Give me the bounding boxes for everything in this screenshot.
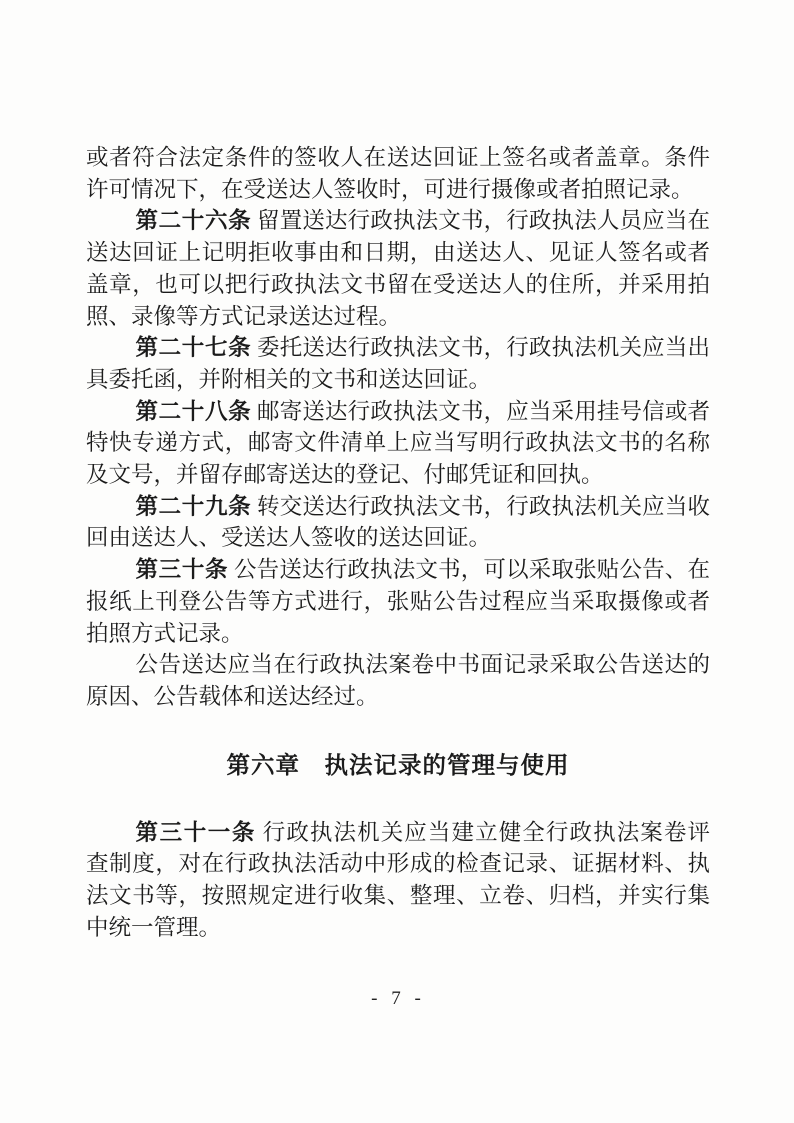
article-number-label: 第二十六条 bbox=[136, 208, 252, 233]
article-number-label: 第二十七条 bbox=[136, 335, 252, 360]
text-line: 报纸上刊登公告等方式进行，张贴公告过程应当采取摄像或者 bbox=[86, 586, 710, 618]
text-line: 第二十六条 留置送达行政执法文书，行政执法人员应当在 bbox=[86, 205, 710, 237]
text-line: 查制度，对在行政执法活动中形成的检查记录、证据材料、执 bbox=[86, 848, 710, 880]
text-line: 特快专递方式，邮寄文件清单上应当写明行政执法文书的名称 bbox=[86, 427, 710, 459]
text-line: 具委托函，并附相关的文书和送达回证。 bbox=[86, 364, 710, 396]
chapter-heading: 第六章 执法记录的管理与使用 bbox=[86, 749, 710, 781]
text-line: 第二十七条 委托送达行政执法文书，行政执法机关应当出 bbox=[86, 332, 710, 364]
article-number-label: 第二十八条 bbox=[136, 399, 252, 424]
document-page: 或者符合法定条件的签收人在送达回证上签名或者盖章。条件许可情况下，在受送达人签收… bbox=[0, 0, 794, 1123]
text-line: 拍照方式记录。 bbox=[86, 618, 710, 650]
text-line: 送达回证上记明拒收事由和日期，由送达人、见证人签名或者 bbox=[86, 237, 710, 269]
text-line: 及文号，并留存邮寄送达的登记、付邮凭证和回执。 bbox=[86, 459, 710, 491]
text-line: 第二十八条 邮寄送达行政执法文书，应当采用挂号信或者 bbox=[86, 396, 710, 428]
text-line: 第三十一条 行政执法机关应当建立健全行政执法案卷评 bbox=[86, 817, 710, 849]
text-line: 第二十九条 转交送达行政执法文书，行政执法机关应当收 bbox=[86, 491, 710, 523]
text-line: 回由送达人、受送达人签收的送达回证。 bbox=[86, 522, 710, 554]
text-line: 盖章，也可以把行政执法文书留在受送达人的住所，并采用拍 bbox=[86, 269, 710, 301]
article-number-label: 第三十一条 bbox=[136, 820, 257, 845]
text-line: 法文书等，按照规定进行收集、整理、立卷、归档，并实行集 bbox=[86, 880, 710, 912]
text-line: 公告送达应当在行政执法案卷中书面记录采取公告送达的 bbox=[86, 649, 710, 681]
text-line: 原因、公告载体和送达经过。 bbox=[86, 681, 710, 713]
body-text-block: 或者符合法定条件的签收人在送达回证上签名或者盖章。条件许可情况下，在受送达人签收… bbox=[86, 142, 710, 943]
text-line: 或者符合法定条件的签收人在送达回证上签名或者盖章。条件 bbox=[86, 142, 710, 174]
text-line: 许可情况下，在受送达人签收时，可进行摄像或者拍照记录。 bbox=[86, 174, 710, 206]
page-number: - 7 - bbox=[0, 988, 794, 1010]
article-number-label: 第二十九条 bbox=[136, 494, 252, 519]
text-line: 照、录像等方式记录送达过程。 bbox=[86, 301, 710, 333]
text-line: 中统一管理。 bbox=[86, 912, 710, 944]
text-line: 第三十条 公告送达行政执法文书，可以采取张贴公告、在 bbox=[86, 554, 710, 586]
article-number-label: 第三十条 bbox=[136, 557, 229, 582]
